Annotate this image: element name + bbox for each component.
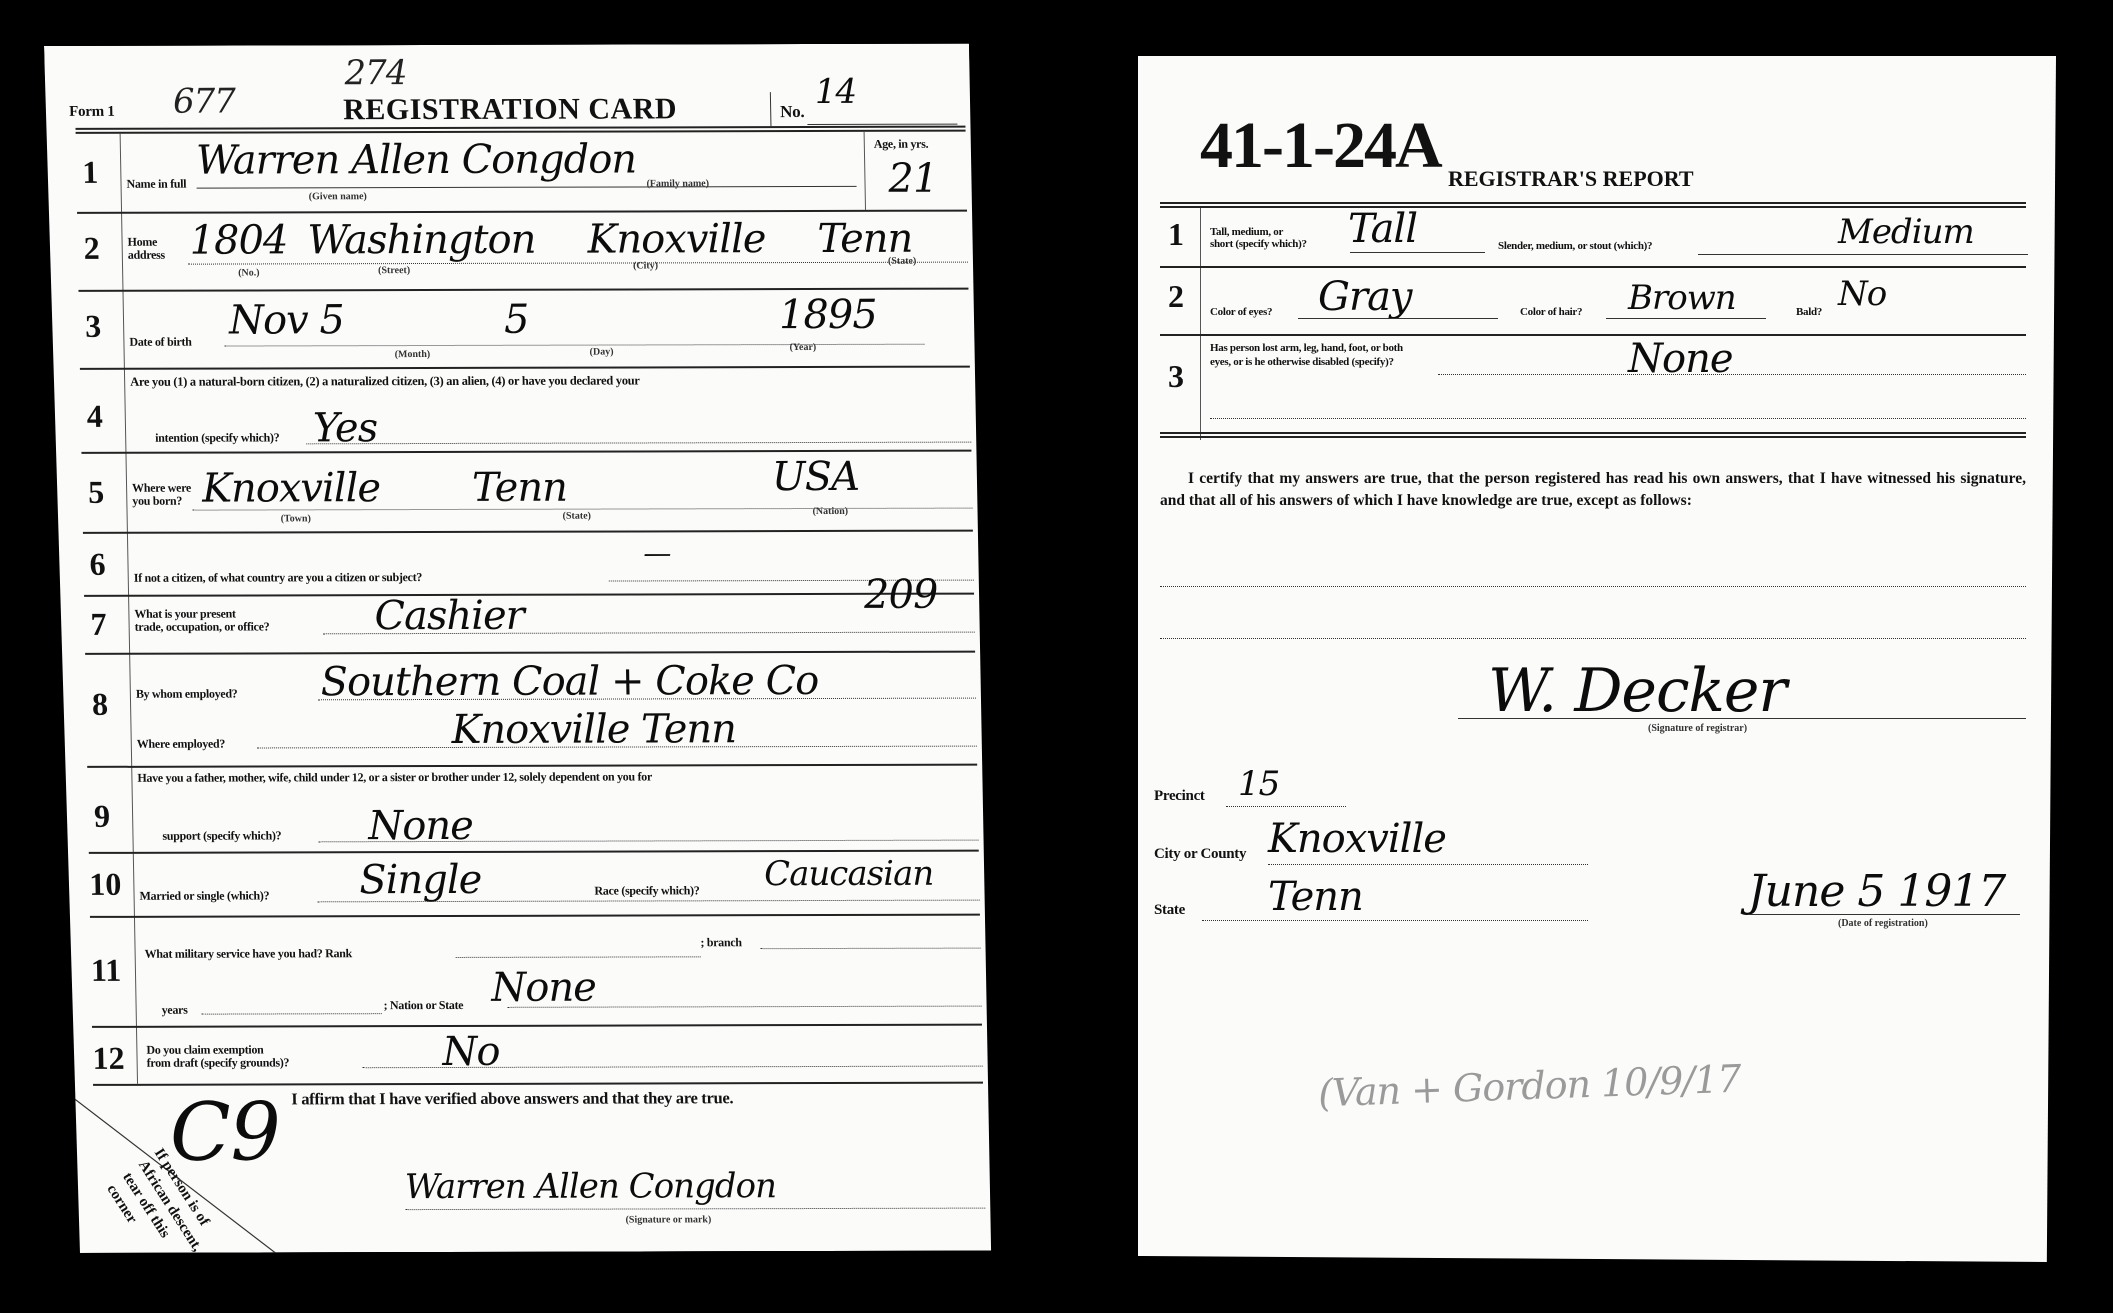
report-header-double-rule <box>1160 202 2026 208</box>
nation-state-label: ; Nation or State <box>383 999 463 1012</box>
registration-date-underline <box>1748 914 2020 915</box>
build-value: Medium <box>1838 212 1974 252</box>
nation-caption: (Nation) <box>812 506 848 517</box>
row-divider <box>1160 266 2026 268</box>
intention-label: intention (specify which)? <box>155 431 279 444</box>
dependents-support-label: support (specify which)? <box>162 829 281 842</box>
nation-state-underline <box>508 1006 982 1008</box>
precinct-underline <box>1226 806 1346 807</box>
address-label: address <box>128 249 165 262</box>
age-divider <box>864 132 866 210</box>
exemption-value: No <box>442 1029 500 1075</box>
address-street: Washington <box>307 217 536 264</box>
row-number: 3 <box>85 308 102 345</box>
row-number: 12 <box>92 1040 125 1077</box>
margin-note: 209 <box>864 572 938 618</box>
build-label: Slender, medium, or stout (which)? <box>1498 240 1652 253</box>
state-caption: (State) <box>563 511 592 522</box>
birth-nation: USA <box>771 454 859 500</box>
dependents-value: None <box>368 803 473 849</box>
row-number: 1 <box>82 154 99 191</box>
address-number: 1804 <box>189 217 288 263</box>
street-caption: (Street) <box>378 265 410 276</box>
dob-underline <box>224 344 924 347</box>
row-number: 6 <box>89 546 106 583</box>
dob-year: 1895 <box>779 292 878 338</box>
signature-underline <box>405 1208 985 1211</box>
row-divider <box>77 210 967 214</box>
registration-number: 14 <box>814 72 856 112</box>
age-value: 21 <box>888 156 938 202</box>
header-double-rule <box>76 126 966 134</box>
registrar-signature-underline <box>1458 718 2026 719</box>
pencil-annotation: (Van + Gordon 10/9/17 <box>1317 1057 1741 1116</box>
row-number: 9 <box>94 798 111 835</box>
years-label: years <box>162 1004 188 1017</box>
row-divider-double <box>1160 432 2026 438</box>
registrars-report-card: 41-1-24A REGISTRAR'S REPORT 1 Tall, medi… <box>1138 56 2056 1262</box>
birth-state: Tenn <box>472 465 568 511</box>
name-value: Warren Allen Congdon <box>196 136 637 183</box>
marital-label: Married or single (which)? <box>139 889 269 902</box>
disability-underline <box>1438 374 2026 375</box>
hair-color-label: Color of hair? <box>1520 306 1582 319</box>
employer-label: By whom employed? <box>136 688 238 701</box>
city-county-label: City or County <box>1154 846 1246 862</box>
registration-date-caption: (Date of registration) <box>1838 918 1928 929</box>
given-name-caption: (Given name) <box>309 191 367 202</box>
town-caption: (Town) <box>281 513 311 524</box>
disability-label-1: Has person lost arm, leg, hand, foot, or… <box>1210 342 1403 355</box>
eye-color-value: Gray <box>1318 274 1412 320</box>
exemption-underline <box>363 1066 983 1069</box>
precinct-value: 15 <box>1238 764 1279 804</box>
row-number: 7 <box>90 606 107 643</box>
height-label-2: short (specify which)? <box>1210 238 1307 251</box>
row-number: 2 <box>1168 278 1184 315</box>
row-number: 11 <box>91 952 122 989</box>
no-label: No. <box>780 104 804 120</box>
dob-month: Nov 5 <box>229 297 345 343</box>
row-divider <box>87 764 977 768</box>
row-divider <box>83 530 973 534</box>
row-divider <box>90 914 980 918</box>
marital-value: Single <box>359 857 482 903</box>
form-label: Form 1 <box>69 104 115 120</box>
handwritten-overwrite: 274 <box>344 53 407 93</box>
city-county-value: Knoxville <box>1268 816 1446 862</box>
row-number: 4 <box>86 398 103 435</box>
work-location-label: Where employed? <box>137 738 226 751</box>
row-divider <box>92 1024 982 1028</box>
citizenship-value: Yes <box>313 405 378 451</box>
disability-label-2: eyes, or is he otherwise disabled (speci… <box>1210 356 1394 369</box>
branch-label: ; branch <box>700 936 742 949</box>
report-serial: 41-1-24A <box>1200 108 1441 184</box>
eye-color-underline <box>1298 318 1498 319</box>
certification-text: I certify that my answers are true, that… <box>1160 468 2026 512</box>
row-number: 2 <box>83 230 100 267</box>
race-label: Race (specify which)? <box>594 884 699 897</box>
height-underline <box>1350 252 1485 253</box>
address-underline <box>188 262 968 265</box>
build-underline <box>1698 254 2028 255</box>
city-county-underline <box>1268 864 1588 865</box>
age-label: Age, in yrs. <box>874 138 929 151</box>
citizenship-underline <box>306 442 971 445</box>
no-caption: (No.) <box>238 267 260 278</box>
family-name-caption: (Family name) <box>646 178 709 189</box>
foreign-citizen-value: — <box>643 536 671 569</box>
dob-day: 5 <box>504 297 529 343</box>
name-label: Name in full <box>126 178 186 191</box>
rank-underline <box>456 956 701 958</box>
row-number: 1 <box>1168 216 1184 253</box>
eye-color-label: Color of eyes? <box>1210 306 1272 319</box>
state-caption: (State) <box>888 256 917 267</box>
dependents-question: Have you a father, mother, wife, child u… <box>137 770 652 784</box>
state-value: Tenn <box>1268 874 1363 920</box>
report-title: REGISTRAR'S REPORT <box>1448 166 1694 192</box>
exception-line-2 <box>1160 638 2026 639</box>
row-number-divider <box>1200 208 1201 440</box>
foreign-citizen-label: If not a citizen, of what country are yo… <box>134 571 423 585</box>
military-value: None <box>491 965 596 1011</box>
exemption-label-2: from draft (specify grounds)? <box>147 1056 290 1069</box>
signature-caption: (Signature or mark) <box>625 1214 711 1225</box>
state-label: State <box>1154 902 1185 918</box>
dob-label: Date of birth <box>129 336 191 349</box>
affirmation-text: I affirm that I have verified above answ… <box>291 1090 733 1107</box>
disability-value: None <box>1628 336 1733 382</box>
bald-label: Bald? <box>1796 306 1822 319</box>
hair-color-value: Brown <box>1628 278 1736 318</box>
handwritten-serial: 677 <box>173 82 236 122</box>
precinct-label: Precinct <box>1154 788 1205 804</box>
branch-underline <box>761 948 981 950</box>
month-caption: (Month) <box>395 349 431 360</box>
row-number: 10 <box>89 866 122 903</box>
row-divider <box>1160 334 2026 336</box>
birthplace-label-2: you born? <box>132 495 182 508</box>
row-number: 5 <box>88 474 105 511</box>
registrar-signature: W. Decker <box>1488 656 1786 726</box>
state-underline <box>1202 920 1588 921</box>
registrar-signature-caption: (Signature of registrar) <box>1648 723 1747 734</box>
years-underline <box>202 1013 382 1014</box>
row-divider <box>80 366 970 370</box>
birth-town: Knoxville <box>202 465 381 511</box>
row-number: 3 <box>1168 358 1184 395</box>
row-divider <box>85 651 975 655</box>
card-title: REGISTRATION CARD <box>343 92 677 127</box>
height-value: Tall <box>1348 206 1417 252</box>
city-caption: (City) <box>633 260 658 271</box>
row-divider <box>84 593 974 597</box>
hair-color-underline <box>1606 318 1766 319</box>
day-caption: (Day) <box>590 347 614 358</box>
citizenship-question: Are you (1) a natural-born citizen, (2) … <box>130 374 640 388</box>
disability-underline-2 <box>1210 418 2026 419</box>
no-divider <box>770 92 772 126</box>
year-caption: (Year) <box>789 342 816 353</box>
occupation-label-2: trade, occupation, or office? <box>135 620 270 633</box>
bald-value: No <box>1838 274 1886 314</box>
row-number: 8 <box>92 686 109 723</box>
race-value: Caucasian <box>764 854 934 894</box>
registrant-signature: Warren Allen Congdon <box>405 1166 777 1207</box>
registration-card: Form 1 677 274 REGISTRATION CARD No. 14 … <box>44 44 991 1253</box>
exception-line-1 <box>1160 586 2026 587</box>
name-underline <box>197 186 857 189</box>
registration-date: June 5 1917 <box>1748 866 2005 917</box>
address-city: Knoxville <box>587 216 766 262</box>
military-label: What military service have you had? Rank <box>145 947 353 961</box>
